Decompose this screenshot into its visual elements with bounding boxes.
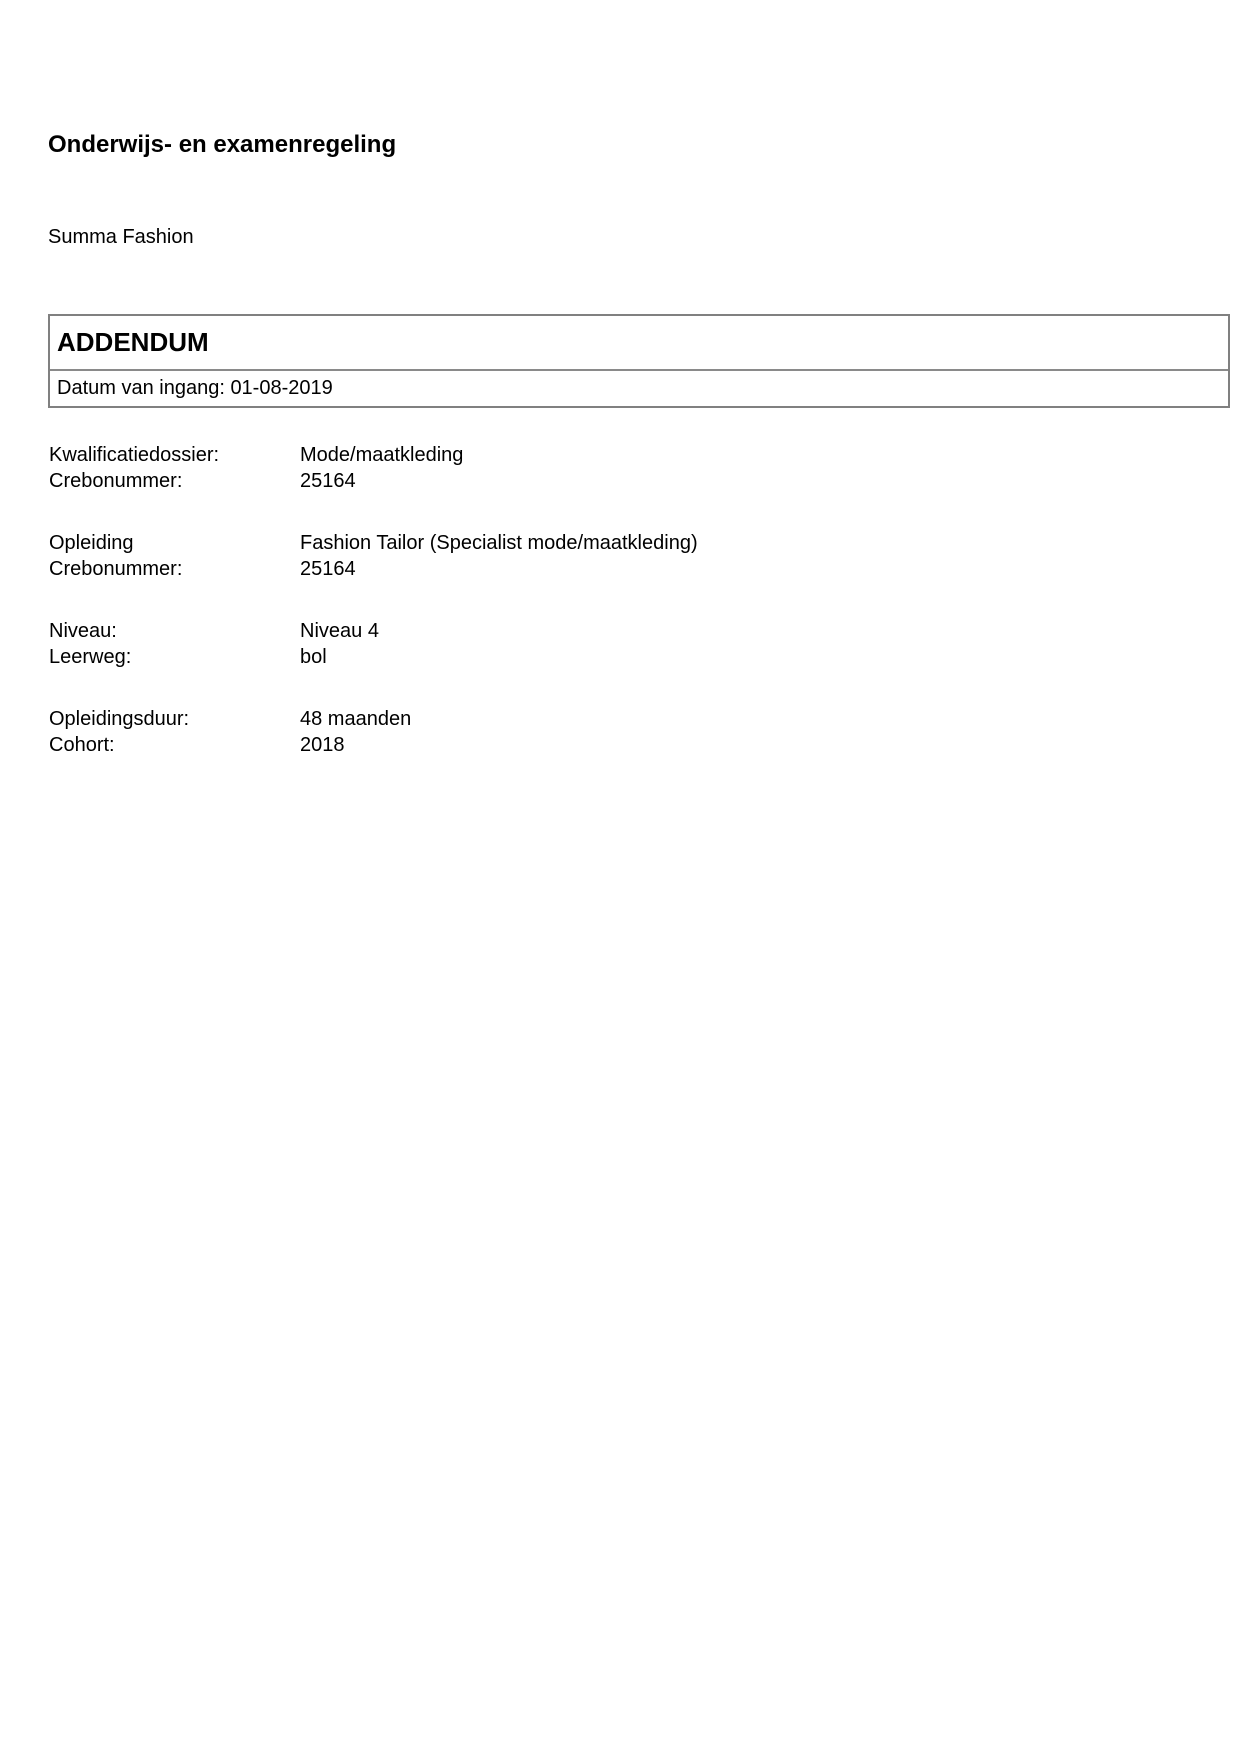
info-value: 25164 [300,556,356,582]
organization-name: Summa Fashion [48,225,194,249]
info-label: Kwalificatiedossier: [49,442,300,468]
info-value: 48 maanden [300,706,411,732]
info-value: 25164 [300,468,356,494]
info-label: Opleiding [49,530,300,556]
info-row: Kwalificatiedossier: Mode/maatkleding [49,442,698,468]
info-label: Niveau: [49,618,300,644]
info-group-level: Niveau: Niveau 4 Leerweg: bol [49,618,698,670]
info-label: Leerweg: [49,644,300,670]
info-row: Crebonummer: 25164 [49,556,698,582]
info-row: Cohort: 2018 [49,732,698,758]
info-group-program: Opleiding Fashion Tailor (Specialist mod… [49,530,698,582]
addendum-effective-date: Datum van ingang: 01-08-2019 [50,371,1228,406]
info-value: 2018 [300,732,345,758]
info-value: Niveau 4 [300,618,379,644]
info-row: Opleiding Fashion Tailor (Specialist mod… [49,530,698,556]
document-title: Onderwijs- en examenregeling [48,130,396,160]
info-row: Opleidingsduur: 48 maanden [49,706,698,732]
program-info: Kwalificatiedossier: Mode/maatkleding Cr… [49,442,698,794]
info-row: Leerweg: bol [49,644,698,670]
info-value: bol [300,644,327,670]
info-row: Niveau: Niveau 4 [49,618,698,644]
info-label: Crebonummer: [49,468,300,494]
info-label: Crebonummer: [49,556,300,582]
info-row: Crebonummer: 25164 [49,468,698,494]
info-label: Cohort: [49,732,300,758]
info-label: Opleidingsduur: [49,706,300,732]
addendum-heading: ADDENDUM [50,316,1228,371]
info-value: Mode/maatkleding [300,442,463,468]
info-group-duration: Opleidingsduur: 48 maanden Cohort: 2018 [49,706,698,758]
addendum-box: ADDENDUM Datum van ingang: 01-08-2019 [48,314,1230,408]
info-group-qualification: Kwalificatiedossier: Mode/maatkleding Cr… [49,442,698,494]
info-value: Fashion Tailor (Specialist mode/maatkled… [300,530,698,556]
